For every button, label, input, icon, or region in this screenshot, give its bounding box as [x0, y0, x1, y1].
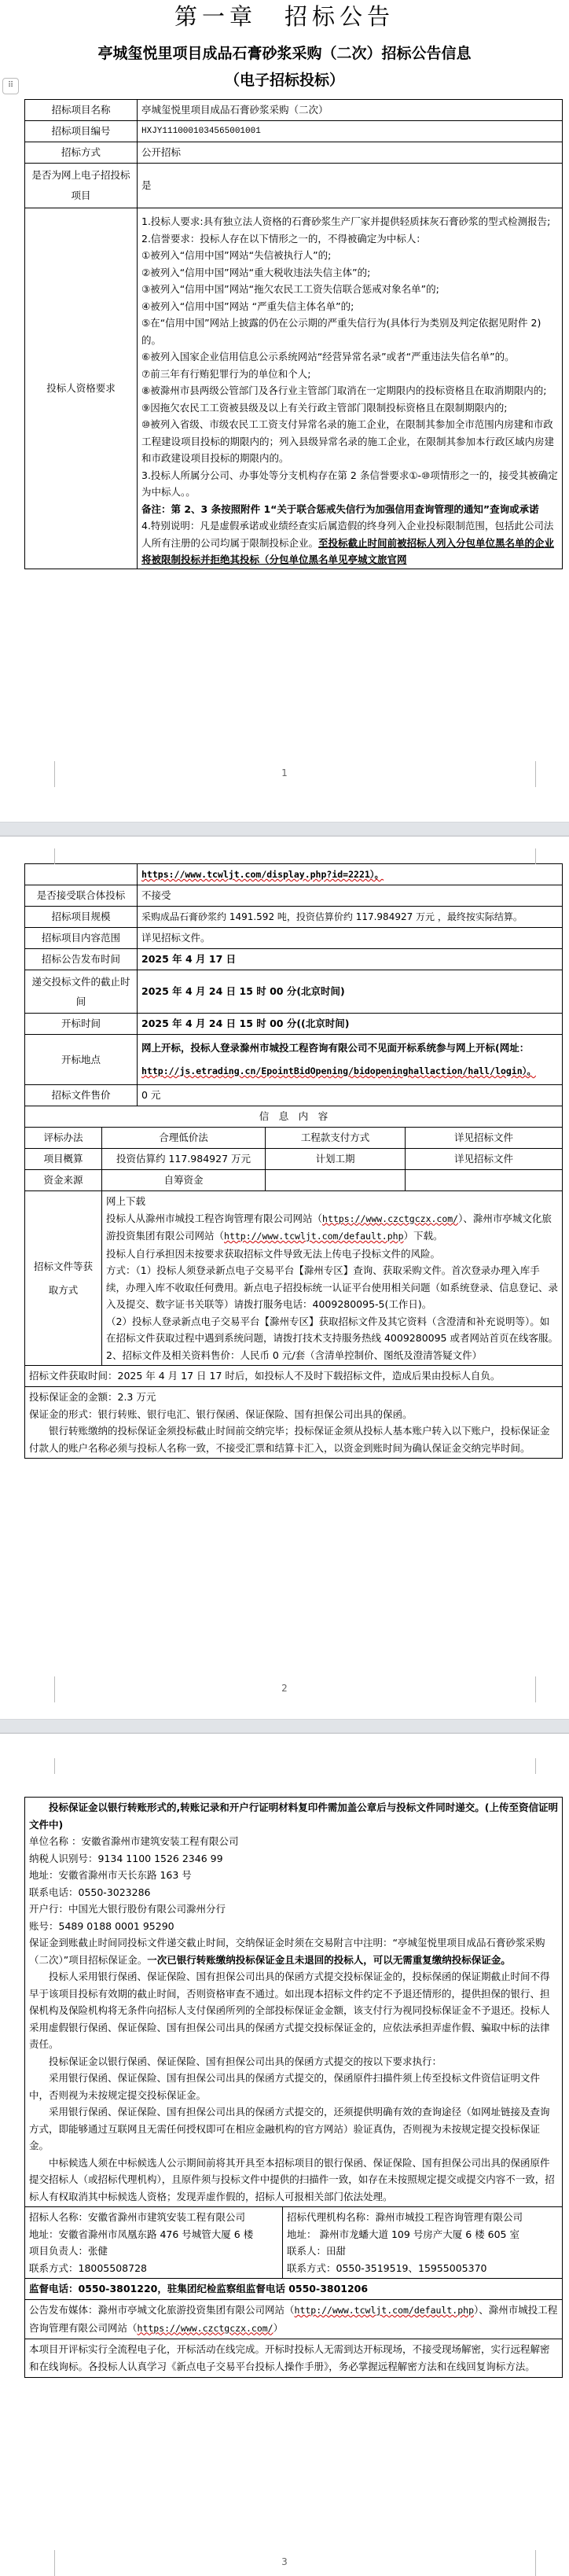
document-title: 亭城玺悦里项目成品石膏砂浆采购（二次）招标公告信息 — [0, 41, 569, 68]
tenderer-info: 招标人名称：安徽省滁州市建筑安装工程有限公司 地址：安徽省滁州市凤凰东路 476… — [25, 2207, 283, 2279]
page-1: 第一章 招标公告 亭城玺悦里项目成品石膏砂浆采购（二次）招标公告信息 （电子招标… — [0, 0, 569, 822]
info-heading: 信 息 内 容 — [25, 1106, 563, 1128]
crop-mark-right — [535, 1758, 536, 1774]
main-info-table: 招标项目名称 亭城玺悦里项目成品石膏砂浆采购（二次） 招标项目编号 HXJY11… — [24, 99, 563, 569]
row-label: 招标文件售价 — [25, 1085, 138, 1106]
table-row: 招标项目内容范围 详见招标文件。 — [25, 928, 563, 949]
qualification-item: ⑧被滁州市县两级公管部门及各行业主管部门取消在一定期限内的投标资格且在取消期限内… — [141, 382, 558, 399]
row-value: 公开招标 — [138, 142, 563, 164]
row-label: 投标人资格要求 — [25, 208, 138, 569]
page-header-margin — [0, 1734, 569, 1797]
page-footer: 1 — [0, 761, 569, 785]
qualification-item: 1.投标人要求:具有独立法人资格的石膏砂浆生产厂家并提供轻质抹灰石膏砂浆的型式检… — [141, 213, 558, 230]
page-2: https://www.tcwljt.com/display.php?id=22… — [0, 837, 569, 1719]
row-value: 采购成品石膏砂浆约 1491.592 吨，投资估算价约 117.984927 万… — [138, 907, 563, 928]
blacklist-url[interactable]: https://www.tcwljt.com/display.php?id=22… — [138, 864, 563, 885]
qualification-content: 1.投标人要求:具有独立法人资格的石膏砂浆生产厂家并提供轻质抹灰石膏砂浆的型式检… — [138, 208, 563, 569]
row-label: 开标地点 — [25, 1035, 138, 1085]
row-label: 招标公告发布时间 — [25, 949, 138, 970]
special-statement: 4.特别说明：凡是虚假承诺或业绩经查实后属造假的终身列入企业投标限制范围，包括此… — [141, 517, 558, 569]
table-row: https://www.tcwljt.com/display.php?id=22… — [25, 864, 563, 885]
qualification-item: ④被列入“信用中国”网站 “严重失信主体名单”的; — [141, 298, 558, 315]
table-row: 招标文件售价 0 元 — [25, 1085, 563, 1106]
page-number: 1 — [281, 767, 288, 778]
czctgczx-link[interactable]: https://www.czctgczx.com/ — [138, 2323, 273, 2334]
table-row: 开标地点 网上开标，投标人登录滁州市城投工程咨询有限公司不见面开标系统参与网上开… — [25, 1035, 563, 1085]
info-content-table: 信 息 内 容 评标办法 合理低价法 工程款支付方式 详见招标文件 项目概算 投… — [24, 1106, 563, 1459]
table-drag-handle-icon[interactable]: ⠿ — [2, 78, 19, 94]
opening-system-url[interactable]: http://js.etrading.cn/EpointBidOpening/b… — [141, 1065, 536, 1076]
publish-date: 2025 年 4 月 17 日 — [138, 949, 563, 970]
table-row: 项目概算 投资估算约 117.984927 万元 计划工期 详见招标文件 — [25, 1149, 563, 1170]
row-label: 招标项目名称 — [25, 100, 138, 121]
qualification-item: ③被列入“信用中国”网站“拖欠农民工工资失信联合惩戒对象名单”的; — [141, 281, 558, 298]
page-header-margin — [0, 837, 569, 863]
acquisition-content: 网上下载 投标人从滁州市城投工程咨询管理有限公司网站（https://www.c… — [102, 1191, 563, 1366]
table-row-acquisition: 招标文件等获取方式 网上下载 投标人从滁州市城投工程咨询管理有限公司网站（htt… — [25, 1191, 563, 1366]
row-label: 招标文件等获取方式 — [25, 1191, 102, 1366]
crop-mark-left — [54, 848, 55, 864]
crop-mark-left — [54, 1676, 55, 1702]
deposit-details: 投标保证金以银行转账形式的,转账记录和开户行证明材料复印件需加盖公章后与投标文件… — [25, 1798, 563, 2207]
row-label: 招标项目内容范围 — [25, 928, 138, 949]
chapter-heading: 第一章 招标公告 — [0, 0, 569, 41]
qualification-item: ①被列入“信用中国”网站“失信被执行人”的; — [141, 247, 558, 264]
acquire-time: 招标文件获取时间：2025 年 4 月 17 日 17 时后，如投标人不及时下载… — [25, 1366, 563, 1387]
qualification-item: ⑥被列入国家企业信用信息公示系统网站“经营异常名录”或者“严重违法失信名单”的。 — [141, 348, 558, 366]
czctgczx-link[interactable]: https://www.czctgczx.com/ — [322, 1213, 458, 1224]
qualification-item: ②被列入“信用中国”网站“重大税收违法失信主体”的; — [141, 264, 558, 282]
crop-mark-left — [54, 2550, 55, 2576]
qualification-item: ⑩被列入省级、市级农民工工资支付异常名录的施工企业，在限制其参加全市范围内房建和… — [141, 416, 558, 467]
row-label: 开标时间 — [25, 1014, 138, 1035]
row-value: 详见招标文件。 — [138, 928, 563, 949]
table-row: 招标项目名称 亭城玺悦里项目成品石膏砂浆采购（二次） — [25, 100, 563, 121]
qualification-note: 备注：第 2、3 条按照附件 1“关于联合惩戒失信行为加强信用查询管理的通知”查… — [141, 501, 558, 518]
table-row: 招标项目编号 HXJY1110001034565001001 — [25, 121, 563, 142]
page-separator — [0, 822, 569, 837]
crop-mark-left — [54, 761, 55, 787]
row-label: 招标方式 — [25, 142, 138, 164]
table-row-qualification: 投标人资格要求 1.投标人要求:具有独立法人资格的石膏砂浆生产厂家并提供轻质抹灰… — [25, 208, 563, 569]
table-row: 开标时间 2025 年 4 月 24 日 15 时 00 分((北京时间) — [25, 1014, 563, 1035]
row-label: 招标项目规模 — [25, 907, 138, 928]
deposit-table: 投标保证金以银行转账形式的,转账记录和开户行证明材料复印件需加盖公章后与投标文件… — [24, 1797, 563, 2378]
row-value: 0 元 — [138, 1085, 563, 1106]
page-3: 投标保证金以银行转账形式的,转账记录和开户行证明材料复印件需加盖公章后与投标文件… — [0, 1734, 569, 2574]
row-label: 递交投标文件的截止时间 — [25, 970, 138, 1014]
table-row: 是否为网上电子招投标项目 是 — [25, 164, 563, 208]
publish-media: 公告发布媒体：滁州市亭城文化旅游投资集团有限公司网站（http://www.tc… — [25, 2300, 563, 2339]
row-label: 是否为网上电子招投标项目 — [25, 164, 138, 208]
agency-info: 招标代理机构名称：滁州市城投工程咨询管理有限公司 地址： 滁州市龙蟠大道 109… — [283, 2207, 563, 2279]
page-footer: 3 — [0, 2550, 569, 2574]
document-subtitle: （电子招标投标） — [0, 68, 569, 94]
row-value: 是 — [138, 164, 563, 208]
page-separator — [0, 1719, 569, 1734]
qualification-item: 2.信誉要求：投标人存在以下情形之一的，不得被确定为中标人： — [141, 230, 558, 248]
tcwljt-link[interactable]: http://www.tcwljt.com/default.php — [224, 1231, 403, 1242]
electronic-bidding-note: 本项目开评标实行全流程电子化，开标活动在线完成。开标时投标人无需到达开标现场，不… — [25, 2339, 563, 2378]
row-label: 招标项目编号 — [25, 121, 138, 142]
crop-mark-right — [535, 2550, 536, 2576]
contacts-row: 招标人名称：安徽省滁州市建筑安装工程有限公司 地址：安徽省滁州市凤凰东路 476… — [25, 2207, 563, 2279]
table-row: 递交投标文件的截止时间 2025 年 4 月 24 日 15 时 00 分(北京… — [25, 970, 563, 1014]
table-row: 是否接受联合体投标 不接受 — [25, 885, 563, 907]
page-number: 3 — [281, 2556, 288, 2567]
table-row: 招标公告发布时间 2025 年 4 月 17 日 — [25, 949, 563, 970]
submission-deadline: 2025 年 4 月 24 日 15 时 00 分(北京时间) — [138, 970, 563, 1014]
main-info-table-continued: https://www.tcwljt.com/display.php?id=22… — [24, 863, 563, 1106]
table-row: 评标办法 合理低价法 工程款支付方式 详见招标文件 — [25, 1128, 563, 1149]
table-row: 招标项目规模 采购成品石膏砂浆约 1491.592 吨，投资估算价约 117.9… — [25, 907, 563, 928]
row-label: 是否接受联合体投标 — [25, 885, 138, 907]
table-row: 招标方式 公开招标 — [25, 142, 563, 164]
qualification-item: ⑤在“信用中国”网站上披露的仍在公示期的严重失信行为(具体行为类别及判定依据见附… — [141, 315, 558, 348]
page-footer: 2 — [0, 1676, 569, 1700]
qualification-item: ⑦前三年有行贿犯罪行为的单位和个人; — [141, 366, 558, 383]
qualification-item: ⑨因拖欠农民工工资被县级及以上有关行政主管部门限制投标资格且在限制期限内的; — [141, 399, 558, 417]
row-value: HXJY1110001034565001001 — [138, 121, 563, 142]
row-value: 不接受 — [138, 885, 563, 907]
table-row: 资金来源 自筹资金 — [25, 1170, 563, 1191]
tcwljt-link[interactable]: http://www.tcwljt.com/default.php — [295, 2305, 474, 2316]
opening-time: 2025 年 4 月 24 日 15 时 00 分((北京时间) — [138, 1014, 563, 1035]
crop-mark-left — [54, 1758, 55, 1774]
crop-mark-right — [535, 1676, 536, 1702]
crop-mark-right — [535, 761, 536, 787]
deposit-section: 投标保证金的金额：2.3 万元 保证金的形式：银行转账、银行电汇、银行保函、保证… — [25, 1387, 563, 1459]
qualification-item: 3.投标人所属分公司、办事处等分支机构存在第 2 条信誉要求①-⑩项情形之一的，… — [141, 467, 558, 501]
crop-mark-right — [535, 848, 536, 864]
opening-place: 网上开标，投标人登录滁州市城投工程咨询有限公司不见面开标系统参与网上开标(网址：… — [138, 1035, 563, 1085]
page-number: 2 — [281, 1683, 288, 1694]
row-value: 亭城玺悦里项目成品石膏砂浆采购（二次） — [138, 100, 563, 121]
supervision-phone: 监督电话：0550-3801220，驻集团纪检监察组监督电话 0550-3801… — [25, 2279, 563, 2300]
transfer-requirement: 投标保证金以银行转账形式的,转账记录和开户行证明材料复印件需加盖公章后与投标文件… — [29, 1799, 558, 1833]
